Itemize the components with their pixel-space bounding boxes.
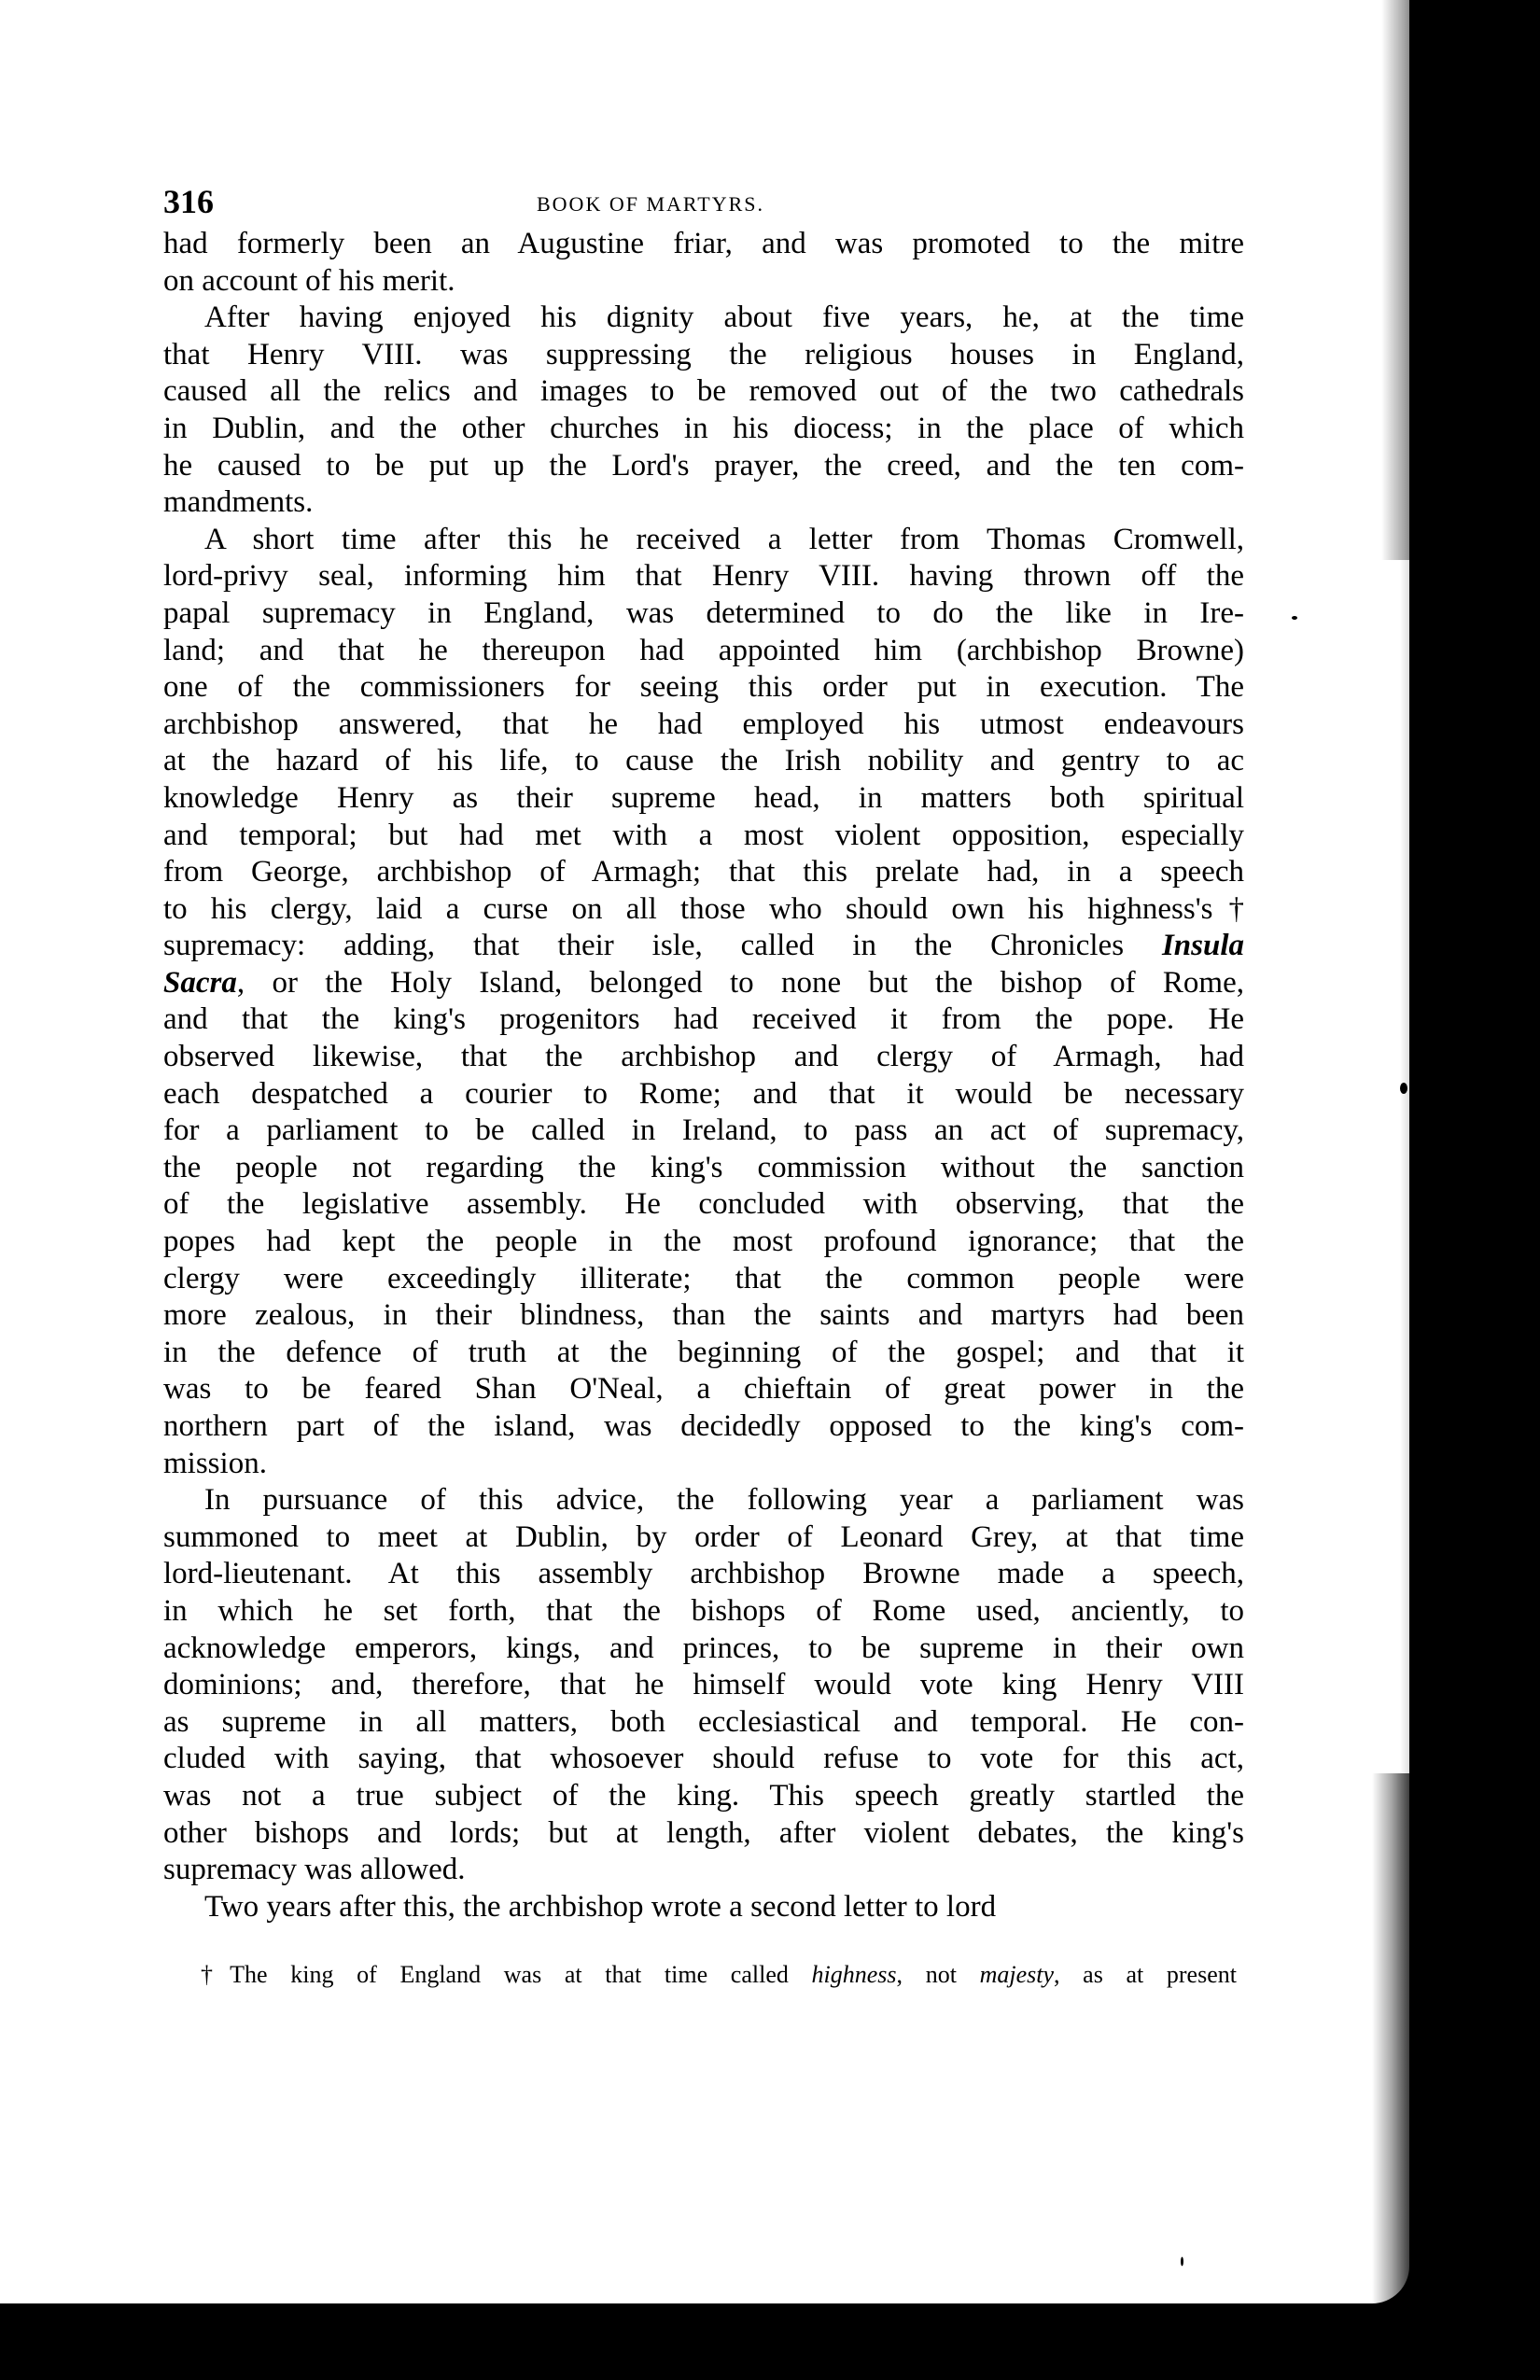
text-line: In pursuance of this advice, the followi… <box>163 1482 1244 1519</box>
text-line: in Dublin, and the other churches in his… <box>163 411 1244 448</box>
scan-speck <box>1292 616 1297 620</box>
page-edge-shadow <box>1400 560 1475 1773</box>
text-line: for a parliament to be called in Ireland… <box>163 1113 1244 1150</box>
text-line: land; and that he thereupon had appointe… <box>163 633 1244 670</box>
footnote-marker: † <box>201 1961 230 1988</box>
text-line: other bishops and lords; but at length, … <box>163 1815 1244 1853</box>
text-line: was not a true subject of the king. This… <box>163 1778 1244 1815</box>
text-line: supremacy: adding, that their isle, call… <box>163 928 1244 965</box>
footnote-text-middle: , not <box>897 1961 980 1988</box>
text-line: summoned to meet at Dublin, by order of … <box>163 1519 1244 1557</box>
text-line: more zealous, in their blindness, than t… <box>163 1297 1244 1335</box>
text-line: from George, archbishop of Armagh; that … <box>163 854 1244 891</box>
page-edge-shadow <box>1372 1773 1428 2303</box>
text-line: mission. <box>163 1446 1244 1483</box>
text-line: cluded with saying, that whosoever shoul… <box>163 1741 1244 1778</box>
scan-speck <box>1400 1083 1407 1094</box>
text-line: acknowledge emperors, kings, and princes… <box>163 1631 1244 1668</box>
footnote: †The king of England was at that time ca… <box>201 1960 1237 1990</box>
body-text: had formerly been an Augustine friar, an… <box>163 226 1244 1925</box>
text-line: clergy were exceedingly illiterate; that… <box>163 1261 1244 1298</box>
text-line: and temporal; but had met with a most vi… <box>163 818 1244 855</box>
text-line: and that the king's progenitors had rece… <box>163 1001 1244 1039</box>
text-line: northern part of the island, was decided… <box>163 1408 1244 1446</box>
text-line: Sacra, or the Holy Island, belonged to n… <box>163 965 1244 1002</box>
text-line: the people not regarding the king's comm… <box>163 1150 1244 1187</box>
page-number: 316 <box>163 183 214 220</box>
scan-speck <box>1181 2257 1183 2266</box>
text-line: had formerly been an Augustine friar, an… <box>163 226 1244 263</box>
text-line: as supreme in all matters, both ecclesia… <box>163 1704 1244 1742</box>
text-line: was to be feared Shan O'Neal, a chieftai… <box>163 1371 1244 1408</box>
text-line: on account of his merit. <box>163 263 1244 301</box>
footnote-italic-majesty: majesty <box>980 1961 1054 1988</box>
text-line: popes had kept the people in the most pr… <box>163 1224 1244 1261</box>
text-line: mandments. <box>163 484 1244 522</box>
text-line: supremacy was allowed. <box>163 1852 1244 1889</box>
text-line: observed likewise, that the archbishop a… <box>163 1039 1244 1076</box>
text-line: at the hazard of his life, to cause the … <box>163 743 1244 780</box>
text-line: Two years after this, the archbishop wro… <box>163 1889 1244 1926</box>
text-line: in the defence of truth at the beginning… <box>163 1335 1244 1372</box>
page-edge-shadow <box>1381 0 1447 560</box>
text-line: A short time after this he received a le… <box>163 522 1244 559</box>
text-line: each despatched a courier to Rome; and t… <box>163 1076 1244 1113</box>
text-line: of the legislative assembly. He conclude… <box>163 1186 1244 1224</box>
footnote-text-after: , as at present <box>1054 1961 1237 1988</box>
text-line: lord-lieutenant. At this assembly archbi… <box>163 1556 1244 1593</box>
text-line: lord-privy seal, informing him that Henr… <box>163 558 1244 595</box>
text-line: he caused to be put up the Lord's prayer… <box>163 448 1244 485</box>
text-line: caused all the relics and images to be r… <box>163 373 1244 411</box>
text-line: dominions; and, therefore, that he himse… <box>163 1667 1244 1704</box>
footnote-text-before: The king of England was at that time cal… <box>230 1961 811 1988</box>
text-line: knowledge Henry as their supreme head, i… <box>163 780 1244 818</box>
footnote-italic-highness: highness <box>812 1961 897 1988</box>
text-line: in which he set forth, that the bishops … <box>163 1593 1244 1631</box>
text-line: that Henry VIII. was suppressing the rel… <box>163 337 1244 374</box>
text-line: After having enjoyed his dignity about f… <box>163 300 1244 337</box>
page-header: 316 BOOK OF MARTYRS. <box>163 183 1246 220</box>
text-line: archbishop answered, that he had employe… <box>163 707 1244 744</box>
text-line: one of the commissioners for seeing this… <box>163 669 1244 707</box>
text-line: to his clergy, laid a curse on all those… <box>163 891 1244 929</box>
text-line: papal supremacy in England, was determin… <box>163 595 1244 633</box>
running-title: BOOK OF MARTYRS. <box>537 190 764 218</box>
